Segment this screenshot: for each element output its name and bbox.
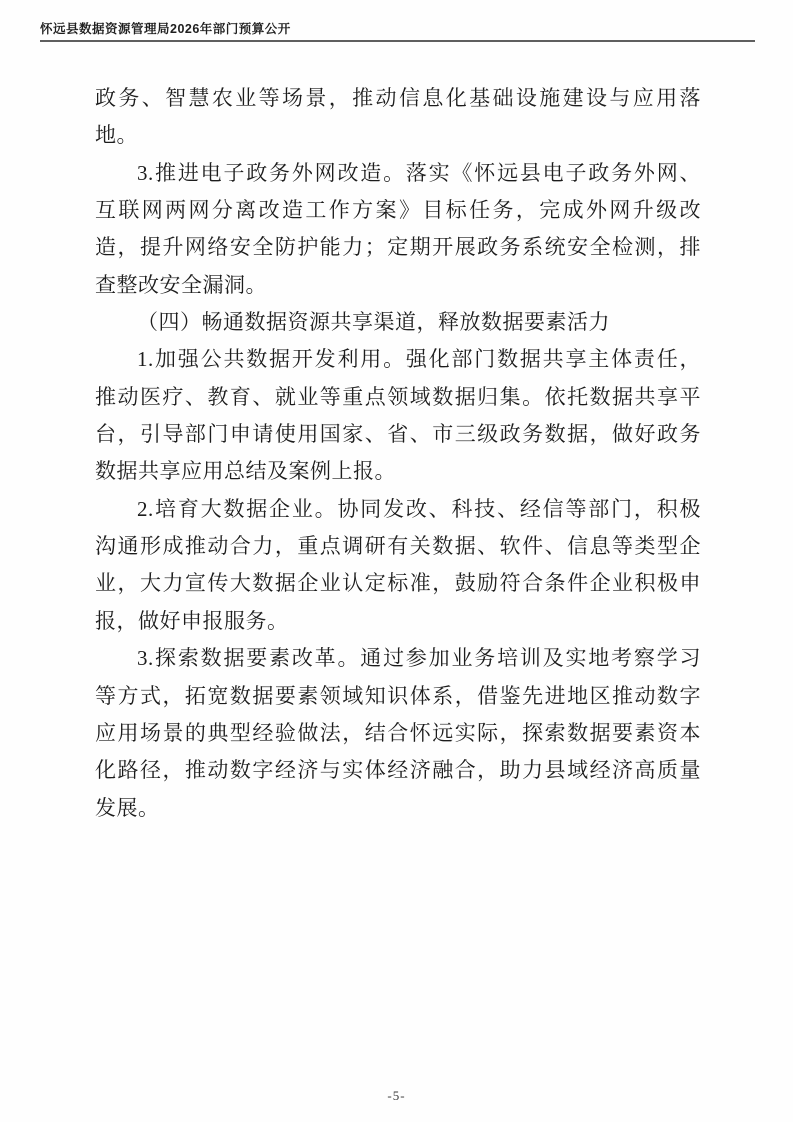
text-line: 发展。 (95, 790, 701, 827)
text-line: 1.加强公共数据开发利用。强化部门数据共享主体责任， (95, 341, 701, 378)
page-footer: -5- (0, 1087, 793, 1105)
text-line: 业，大力宣传大数据企业认定标准，鼓励符合条件企业积极申 (95, 565, 701, 602)
text-line: 推动医疗、教育、就业等重点领域数据归集。依托数据共享平 (95, 379, 701, 416)
text-line: 2.培育大数据企业。协同发改、科技、经信等部门，积极 (95, 491, 701, 528)
text-line: 造，提升网络安全防护能力；定期开展政务系统安全检测，排 (95, 229, 701, 266)
text-line: 3.探索数据要素改革。通过参加业务培训及实地考察学习 (95, 640, 701, 677)
text-line: 数据共享应用总结及案例上报。 (95, 453, 701, 490)
page-header: 怀远县数据资源管理局2026年部门预算公开 (40, 22, 755, 42)
page-number: -5- (387, 1088, 405, 1103)
text-line: 等方式，拓宽数据要素领域知识体系，借鉴先进地区推动数字 (95, 678, 701, 715)
text-line: 查整改安全漏洞。 (95, 267, 701, 304)
text-line: 政务、智慧农业等场景，推动信息化基础设施建设与应用落 (95, 80, 701, 117)
document-page: 怀远县数据资源管理局2026年部门预算公开 政务、智慧农业等场景，推动信息化基础… (0, 0, 793, 1122)
document-body: 政务、智慧农业等场景，推动信息化基础设施建设与应用落地。3.推进电子政务外网改造… (95, 80, 701, 827)
text-line: 地。 (95, 117, 701, 154)
text-line: 化路径，推动数字经济与实体经济融合，助力县域经济高质量 (95, 752, 701, 789)
text-line: 应用场景的典型经验做法，结合怀远实际，探索数据要素资本 (95, 715, 701, 752)
text-line: 台，引导部门申请使用国家、省、市三级政务数据，做好政务 (95, 416, 701, 453)
text-line: 报，做好申报服务。 (95, 603, 701, 640)
header-title: 怀远县数据资源管理局2026年部门预算公开 (40, 22, 755, 36)
text-line: 沟通形成推动合力，重点调研有关数据、软件、信息等类型企 (95, 528, 701, 565)
text-line: 互联网两网分离改造工作方案》目标任务，完成外网升级改 (95, 192, 701, 229)
header-rule (40, 40, 755, 42)
text-line: 3.推进电子政务外网改造。落实《怀远县电子政务外网、 (95, 155, 701, 192)
text-line: （四）畅通数据资源共享渠道，释放数据要素活力 (95, 304, 701, 341)
